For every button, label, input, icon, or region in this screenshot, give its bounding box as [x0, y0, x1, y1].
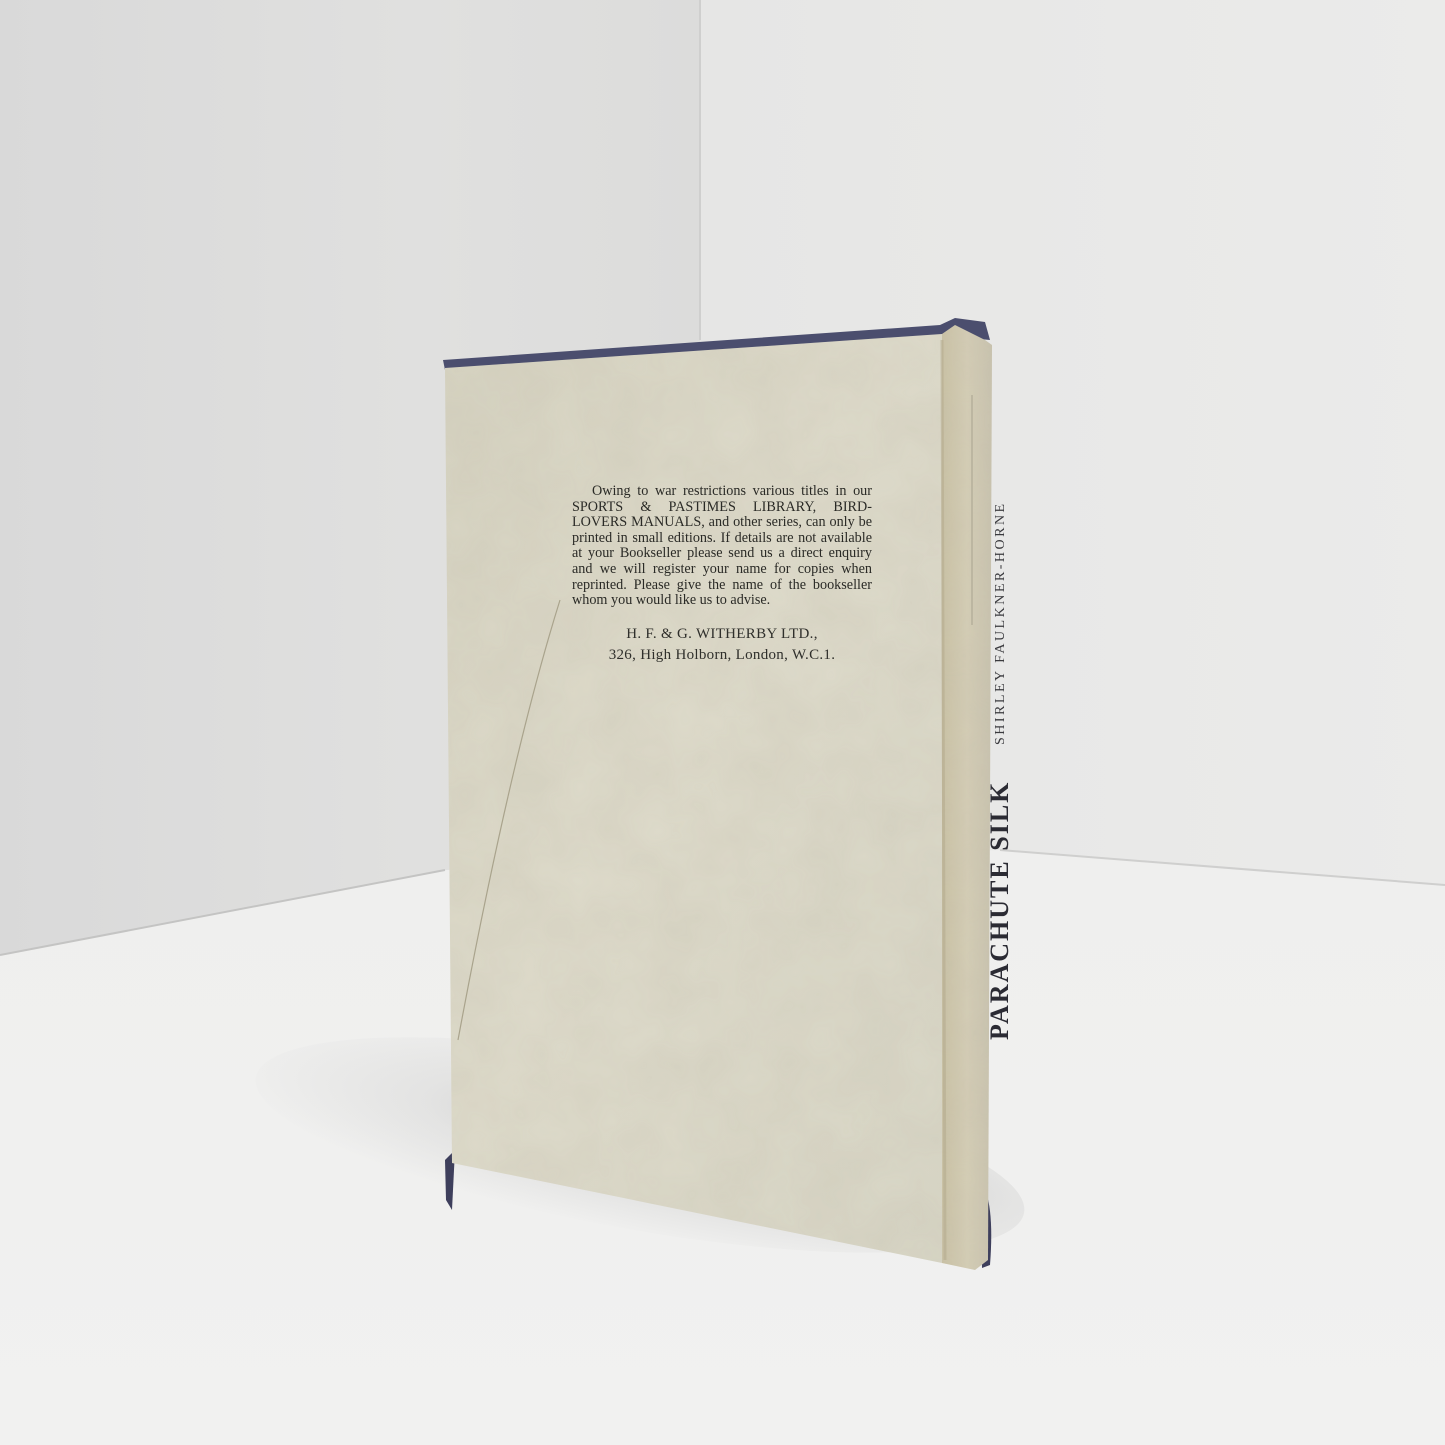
publisher-name: H. F. & G. WITHERBY LTD.,: [572, 624, 872, 645]
publisher-address: 326, High Holborn, London, W.C.1.: [572, 645, 872, 666]
book: [0, 0, 1445, 1445]
publisher-block: H. F. & G. WITHERBY LTD., 326, High Holb…: [572, 624, 872, 666]
war-restrictions-notice: Owing to war restrictions various titles…: [572, 484, 872, 609]
spine-author: SHIRLEY FAULKNER-HORNE: [993, 501, 1009, 745]
back-cover-notice: Owing to war restrictions various titles…: [572, 484, 872, 609]
spine-title: PARACHUTE SILK: [985, 781, 1015, 1040]
